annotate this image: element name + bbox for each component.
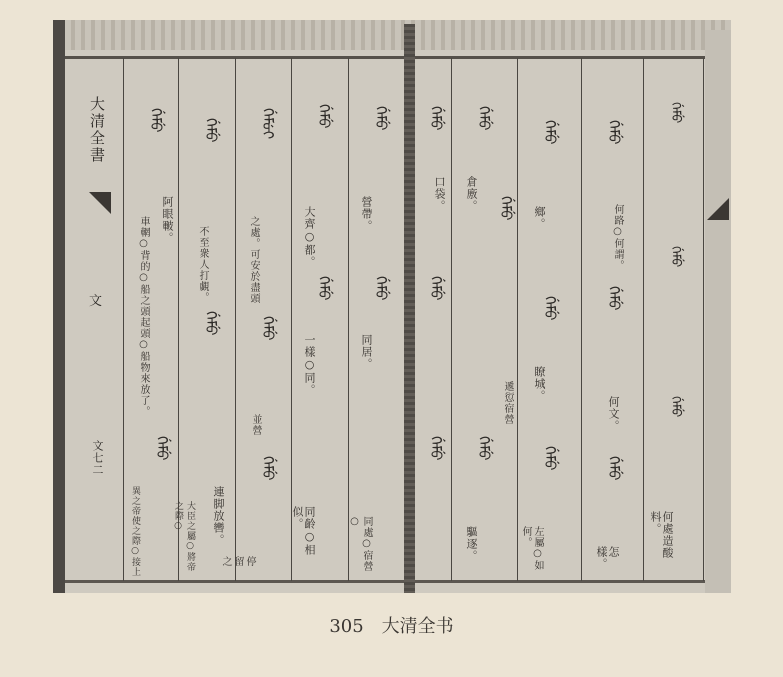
chinese-gloss: 何路○何謂。 xyxy=(607,204,623,271)
chinese-gloss: 鄉。 xyxy=(529,206,545,230)
fishtail-mark xyxy=(707,198,729,220)
manchu-headword: ᡤᡝᠮᡠ xyxy=(661,246,683,267)
chinese-gloss: 口袋。 xyxy=(429,176,445,212)
dictionary-entry-column: ᡤᡝᠮᡠ 阿眼皸。 車輞○背的○船之頭起頭○船物來放了。 ᡤᡝᠮᡠ 異之帝使之際… xyxy=(123,66,179,577)
left-page: 大清全書 文 文七二 ᡤᡝᠮᡠ 阿眼皸。 車輞○背的○船之頭起頭○船物來放了。 … xyxy=(65,50,404,593)
chinese-gloss: 何處造酸料。 xyxy=(657,511,673,577)
chinese-gloss: 之處。可安於盡頭 xyxy=(243,216,259,304)
chinese-gloss: 並營 xyxy=(245,414,261,436)
chinese-gloss: 營帶。 xyxy=(356,196,372,232)
manchu-headword: ᡤᡝᠮᡠ xyxy=(421,106,443,130)
manchu-headword: ᡤᡝᠮᡠ xyxy=(661,396,683,417)
left-spine-edge xyxy=(53,20,65,593)
figure-number: 305 xyxy=(329,616,363,637)
manchu-headword: ᡤᡝᠮᡠ xyxy=(253,316,275,340)
chinese-gloss: 同處○宿營○ xyxy=(356,516,372,577)
dictionary-entry-column: ᡤᡝᠮᡠ 大齊○都。 ᡤᡝᠮᡠ 一樣○同。 同齡○相似。 xyxy=(291,66,347,577)
chinese-gloss: 同齡○相似。 xyxy=(299,506,315,577)
manchu-headword: ᡤᡝᠮᡠ xyxy=(253,456,275,480)
chinese-gloss: 不至衆人打覷。 xyxy=(192,226,208,303)
manchu-headword: ᡤᡝᠮᡠ xyxy=(366,106,388,130)
margin-section-mark: 文 xyxy=(89,290,102,309)
right-page-top-border xyxy=(415,56,705,59)
manchu-headword: ᡤᡝᠮᡠ xyxy=(421,276,443,300)
manchu-headword: ᡤᡝᠮᡠ xyxy=(309,276,331,300)
fishtail-mark xyxy=(89,192,111,214)
manchu-headword: ᡤᡝᠮᡠ xyxy=(469,106,491,130)
figure-title: 大清全书 xyxy=(382,616,454,637)
chinese-gloss: 連脚放轡。 xyxy=(208,486,224,546)
dictionary-entry-column: ᡤᡝᠮᡠ 口袋。 ᡤᡝᠮᡠ ᡤᡝᠮᡠ xyxy=(415,66,451,577)
margin-book-title: 大清全書 xyxy=(87,96,108,164)
manchu-headword: ᡤᡝᠮᡠ xyxy=(491,196,513,220)
chinese-gloss: 車輞○背的○船之頭起頭○船物來放了。 xyxy=(133,216,149,417)
manchu-headword: ᡤᡝᠮᡠ xyxy=(599,120,621,144)
manchu-headword: ᡤᡝᠮᡠ xyxy=(535,120,557,144)
chinese-gloss: 阿眼皸。 xyxy=(157,196,173,244)
chinese-gloss: 瞭城。 xyxy=(529,366,545,402)
manchu-headword: ᡤᡝᠮᡠ xyxy=(599,286,621,310)
chinese-gloss: 驅逐。 xyxy=(461,526,477,562)
next-page-edge xyxy=(705,30,731,593)
book-gutter xyxy=(404,24,415,593)
chinese-gloss: 左屬○如何。 xyxy=(527,526,543,577)
manchu-headword: ᡤᡝᠮᡠ xyxy=(469,436,491,460)
right-page: ᡤᡝᠮᡠ 口袋。 ᡤᡝᠮᡠ ᡤᡝᠮᡠ ᡤᡝᠮᡠ 倉廒。 ᡤᡝᠮᡠ 驅逐。 ᡤᡝᠮ… xyxy=(415,50,705,593)
chinese-gloss: 大齊○都。 xyxy=(299,206,315,268)
right-page-bottom-border xyxy=(415,580,705,583)
manchu-headword: ᡤᡝᠮᡠ xyxy=(535,446,557,470)
manchu-headword: ᡤᡝᠮᡠ xyxy=(366,276,388,300)
figure-caption: 305大清全书 xyxy=(0,612,783,638)
chinese-gloss: 遞愆宿營 xyxy=(497,381,513,425)
dictionary-entry-column: ᡤᡝᠮᡠᡳ 之處。可安於盡頭 ᡤᡝᠮᡠ 並營 ᡤᡝᠮᡠ 停留之 xyxy=(235,66,291,577)
chinese-gloss: 一樣○同。 xyxy=(299,334,315,396)
manchu-headword: ᡤᡝᠮᡠ xyxy=(141,108,163,132)
dictionary-entry-column: ᡤᡝᠮᡠ 倉廒。 ᡤᡝᠮᡠ 驅逐。 ᡤᡝᠮᡠ 遞愆宿營 xyxy=(451,66,517,577)
dictionary-entry-column: ᡤᡝᠮᡠ ᡤᡝᠮᡠ ᡤᡝᠮᡠ 何處造酸料。 xyxy=(643,66,703,577)
manchu-headword: ᡤᡝᠮᡠᡳ xyxy=(253,108,275,139)
dictionary-entry-column: ᡤᡝᠮᡠ 鄉。 ᡤᡝᠮᡠ 瞭城。 ᡤᡝᠮᡠ 左屬○如何。 xyxy=(517,66,581,577)
chinese-gloss: 何文。 xyxy=(603,396,619,432)
dictionary-entry-column: ᡤᡝᠮᡠ 何路○何謂。 ᡤᡝᠮᡠ 何文。 ᡤᡝᠮᡠ 怎樣。 xyxy=(581,66,643,577)
chinese-gloss: 怎樣。 xyxy=(603,546,619,577)
manchu-headword: ᡤᡝᠮᡠ xyxy=(147,436,169,460)
manchu-headword: ᡤᡝᠮᡠ xyxy=(599,456,621,480)
chinese-gloss: 異之帝使之際○接上 xyxy=(125,486,141,577)
manchu-headword: ᡤᡝᠮᡠ xyxy=(535,296,557,320)
chinese-gloss: 同居。 xyxy=(356,334,372,370)
dictionary-entry-column: ᡤᡝᠮᡠ 營帶。 ᡤᡝᠮᡠ 同居。 同處○宿營○ xyxy=(348,66,404,577)
manchu-headword: ᡤᡝᠮᡠ xyxy=(196,311,218,335)
manchu-headword: ᡤᡝᠮᡠ xyxy=(309,104,331,128)
manchu-headword: ᡤᡝᠮᡠ xyxy=(421,436,443,460)
book-photograph: 大清全書 文 文七二 ᡤᡝᠮᡠ 阿眼皸。 車輞○背的○船之頭起頭○船物來放了。 … xyxy=(53,20,731,593)
chinese-gloss: 倉廒。 xyxy=(461,176,477,212)
column-rule xyxy=(703,58,704,581)
dictionary-entry-column: ᡤᡝᠮᡠ 不至衆人打覷。 ᡤᡝᠮᡠ 連脚放轡。 大臣之屬○將帝之際○ xyxy=(178,66,234,577)
chinese-gloss: 停留之 xyxy=(239,556,255,577)
manchu-headword: ᡤᡝᠮᡠ xyxy=(196,118,218,142)
margin-folio-number: 文七二 xyxy=(89,440,105,476)
manchu-headword: ᡤᡝᠮᡠ xyxy=(661,102,683,123)
chinese-gloss: 大臣之屬○將帝之際○ xyxy=(180,501,196,577)
